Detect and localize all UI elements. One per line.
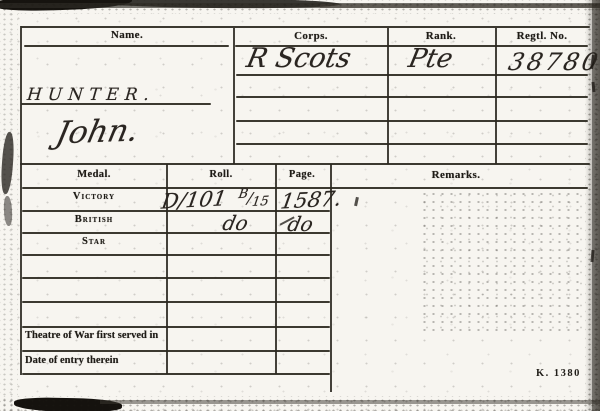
victory-medal-label: Victory: [73, 191, 115, 202]
star-medal-label: Star: [82, 236, 106, 247]
roll-column-header: Roll.: [209, 169, 232, 180]
grid-vline: [20, 26, 22, 375]
grid-hline: [22, 232, 330, 234]
regtl-no-column-header: Regtl. No.: [517, 30, 568, 42]
remarks-column-header: Remarks.: [432, 169, 481, 181]
rank-handwritten: Pte: [406, 44, 456, 74]
remarks-area-speckle: [420, 190, 585, 335]
grid-hline: [22, 350, 330, 352]
rank-column-header: Rank.: [426, 30, 456, 42]
edge-noise-texture: [0, 396, 600, 411]
grid-hline: [22, 301, 330, 303]
corps-column-header: Corps.: [294, 30, 328, 42]
scan-edge-left: [0, 0, 18, 411]
page-column-header: Page.: [289, 169, 315, 180]
grid-hline: [22, 373, 330, 375]
victory-roll-handwritten: D/101: [160, 186, 228, 213]
victory-page-handwritten: 1587.: [279, 186, 344, 213]
british-roll-ditto-handwritten: do: [220, 211, 250, 235]
grid-hline: [24, 45, 229, 47]
victory-roll-fraction-handwritten: B/15: [237, 188, 271, 208]
form-reference-number: K. 1380: [536, 368, 581, 379]
grid-hline: [22, 277, 330, 279]
scan-edge-right: [585, 0, 600, 411]
date-of-entry-label: Date of entry therein: [25, 355, 118, 366]
grid-vline: [495, 28, 497, 164]
grid-hline: [21, 26, 590, 28]
roll-fraction-denominator: 15: [251, 194, 270, 210]
forename-handwritten: John.: [53, 113, 142, 152]
roll-fraction-numerator: B: [237, 186, 249, 202]
medal-index-card: Name. Corps. Rank. Regtl. No. Medal. Rol…: [0, 0, 600, 411]
surname-handwritten: HUNTER.: [26, 85, 156, 105]
grid-hline: [22, 254, 330, 256]
grid-hline: [236, 143, 588, 145]
british-medal-label: British: [75, 214, 114, 225]
grid-hline: [236, 120, 588, 122]
grid-hline: [20, 163, 590, 165]
grid-hline: [22, 326, 330, 328]
scan-edge-top: [0, 0, 600, 22]
grid-vline: [275, 164, 277, 374]
corps-handwritten: R Scots: [244, 43, 354, 74]
grid-hline: [236, 96, 588, 98]
british-page-ditto-handwritten: do: [285, 212, 315, 236]
ink-speck: [354, 197, 358, 206]
scan-edge-bottom: [0, 396, 600, 411]
name-column-header: Name.: [111, 29, 143, 41]
grid-vline: [233, 28, 235, 164]
edge-noise-texture: [0, 0, 600, 14]
grid-vline: [387, 28, 389, 164]
medal-column-header: Medal.: [77, 169, 111, 180]
theatre-of-war-label: Theatre of War first served in: [25, 330, 158, 341]
